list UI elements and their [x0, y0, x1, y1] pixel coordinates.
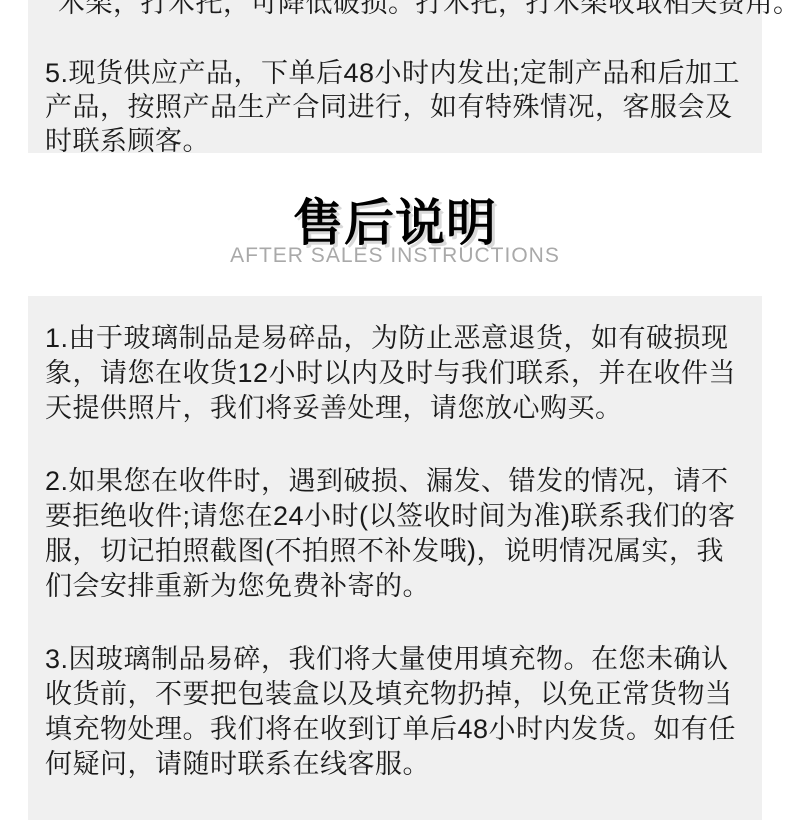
after-sales-instructions-box: 1.由于玻璃制品是易碎品，为防止恶意退货，如有破损现象，请您在收货12小时以内及… [28, 296, 762, 820]
product-detail-page: 木架，打木托，可降低破损。打木托，打木架收取相关费用。 5.现货供应产品，下单后… [0, 0, 790, 824]
shipping-notes-section: 木架，打木托，可降低破损。打木托，打木架收取相关费用。 5.现货供应产品，下单后… [28, 0, 762, 153]
shipping-note-item-5: 5.现货供应产品，下单后48小时内发出;定制产品和后加工产品，按照产品生产合同进… [45, 56, 746, 158]
after-sales-subtitle: AFTER SALES INSTRUCTIONS [0, 244, 790, 268]
truncated-text-line: 木架，打木托，可降低破损。打木托，打木架收取相关费用。 [58, 0, 790, 20]
after-sales-item-2: 2.如果您在收件时，遇到破损、漏发、错发的情况，请不要拒绝收件;请您在24小时(… [45, 464, 746, 604]
after-sales-item-1: 1.由于玻璃制品是易碎品，为防止恶意退货，如有破损现象，请您在收货12小时以内及… [45, 321, 746, 426]
after-sales-item-3: 3.因玻璃制品易碎，我们将大量使用填充物。在您未确认收货前，不要把包装盒以及填充… [45, 642, 746, 782]
